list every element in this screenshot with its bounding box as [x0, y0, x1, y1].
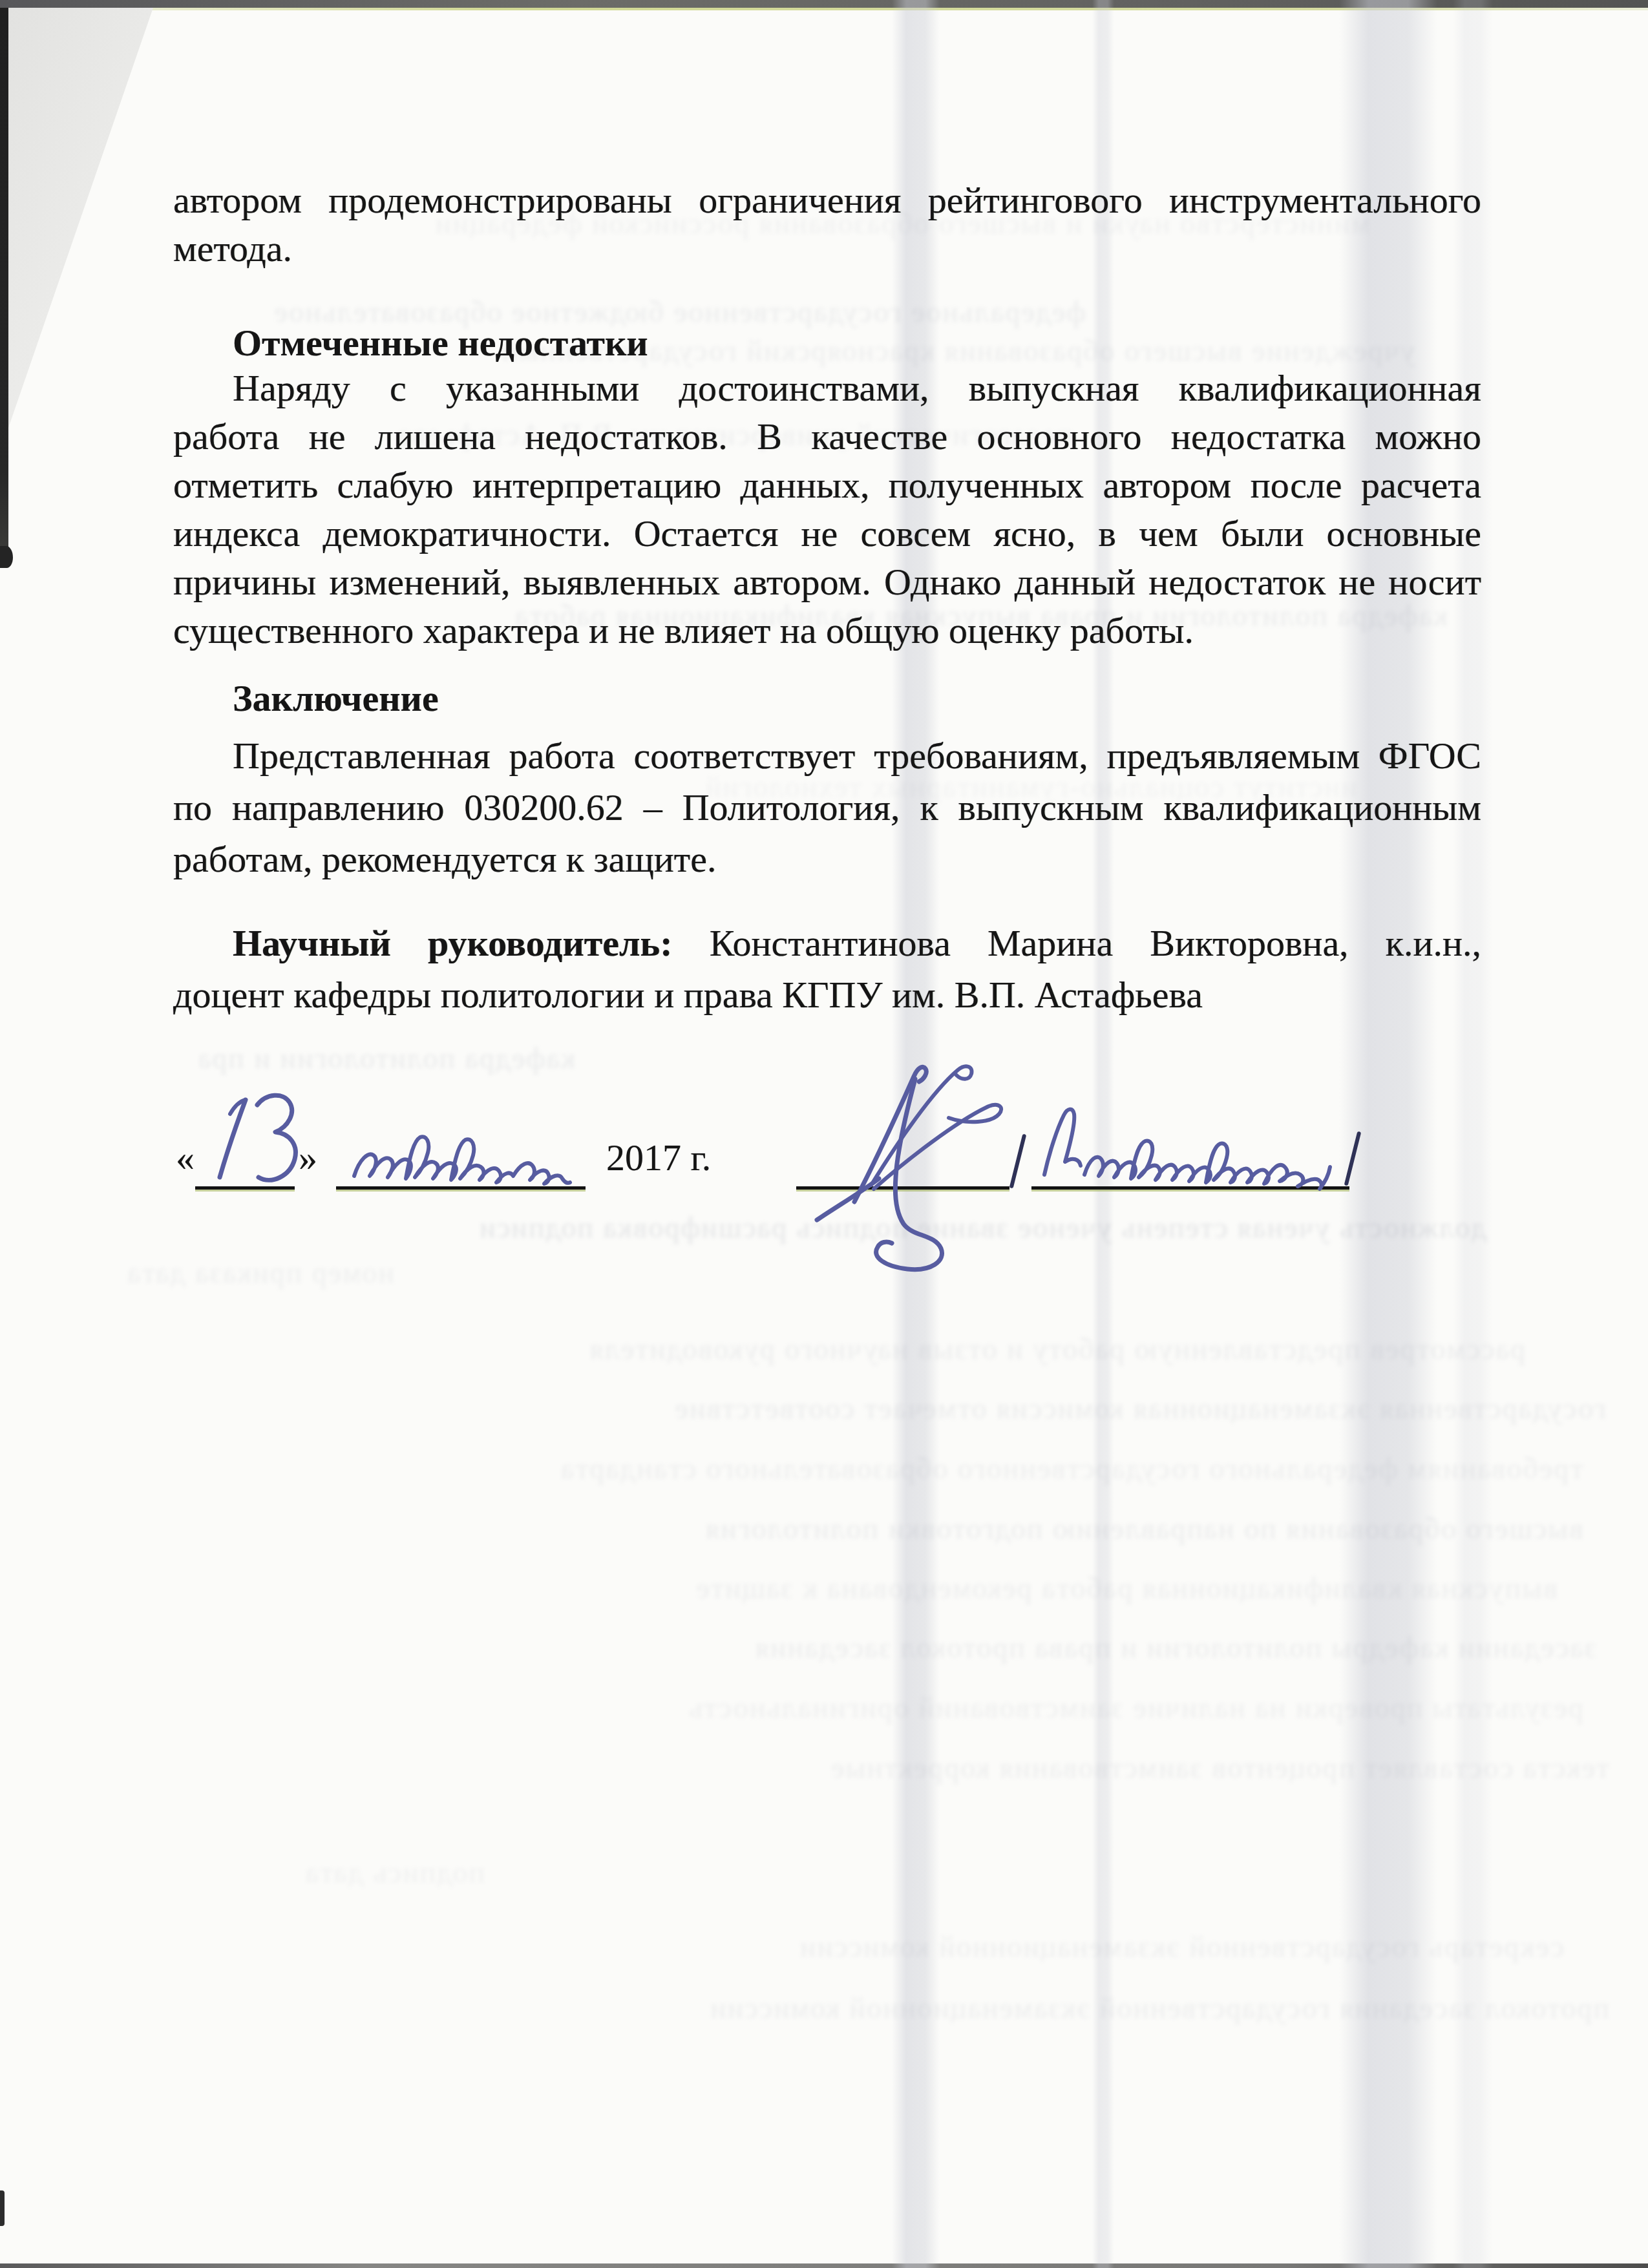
slash-separator — [1344, 1131, 1362, 1186]
scan-left-lower-mark — [0, 2190, 5, 2226]
text-line: работа не лишена недостатков. В качестве… — [173, 412, 1481, 461]
scan-left-edge — [0, 8, 8, 554]
handwritten-month — [354, 1137, 570, 1184]
surname-underline — [1031, 1186, 1349, 1190]
handwritten-day — [220, 1095, 295, 1180]
text-line: работам, рекомендуется к защите. — [173, 834, 1481, 885]
text-line: индекса демократичности. Остается не сов… — [173, 509, 1481, 558]
paragraph-method-limits: автором продемонстрированы ограничения р… — [173, 176, 1481, 273]
paragraph-supervisor: Научный руководитель: Константинова Мари… — [173, 918, 1481, 1021]
handwriting-layer — [0, 1008, 1648, 1305]
text-line: Научный руководитель: Константинова Мари… — [173, 918, 1481, 969]
paragraph-shortcomings: Наряду с указанными достоинствами, выпус… — [173, 364, 1481, 655]
bleed-through-text: высшего образования по направлению подго… — [168, 1511, 1583, 1548]
supervisor-label: Научный руководитель: — [233, 922, 673, 964]
scanned-document-page: министерство науки и высшего образования… — [0, 0, 1648, 2268]
date-close-quote: » — [299, 1132, 317, 1184]
signature-underline — [796, 1186, 1009, 1190]
bleed-through-text: требованиям федерального государственног… — [194, 1451, 1583, 1488]
scan-top-edge — [0, 0, 1648, 8]
bleed-through-text: номер приказа дата — [97, 1255, 394, 1292]
scan-bottom-edge — [0, 2263, 1648, 2268]
heading-conclusion: Заключение — [173, 673, 1481, 724]
text-line: отметить слабую интерпретацию данных, по… — [173, 461, 1481, 509]
bleed-through-text: текста составляет процентов заимствовани… — [168, 1750, 1609, 1787]
date-open-quote: « — [176, 1132, 195, 1184]
scan-top-fringe — [0, 8, 1648, 10]
bleed-through-text: результаты проверки на наличие заимствов… — [194, 1690, 1583, 1727]
bleed-through-text: секретарь государственной экзаменационно… — [129, 1929, 1564, 1966]
month-underline — [336, 1186, 586, 1190]
text-line: Наряду с указанными достоинствами, выпус… — [173, 364, 1481, 412]
text-line: автором продемонстрированы ограничения р… — [173, 176, 1481, 224]
text-line: Представленная работа соответствует треб… — [173, 730, 1481, 782]
handwritten-surname — [1044, 1109, 1330, 1189]
bleed-through-text: государственная экзаменационная комиссия… — [165, 1391, 1606, 1428]
bleed-through-text: заседании кафедры политологии и права пр… — [168, 1630, 1596, 1667]
bleed-through-text: выпускная квалификационная работа рекоме… — [194, 1570, 1558, 1608]
text-line: доцент кафедры политологии и права КГПУ … — [173, 969, 1481, 1021]
text-line: причины изменений, выявленных автором. О… — [173, 558, 1481, 606]
page-corner-fold — [8, 8, 153, 428]
signature-stroke — [817, 1066, 1001, 1269]
bleed-through-text: рассмотрев представленную работу и отзыв… — [194, 1331, 1525, 1369]
day-underline — [195, 1186, 295, 1190]
text-line: существенного характера и не влияет на о… — [173, 606, 1481, 655]
slash-separator — [1009, 1134, 1027, 1189]
date-year-label: 2017 г. — [606, 1132, 711, 1184]
heading-shortcomings: Отмеченные недостатки — [173, 318, 1481, 368]
bleed-through-text: кафедра политологии и права — [200, 1040, 575, 1078]
bleed-through-text: подпись дата — [162, 1854, 485, 1892]
supervisor-name: Константинова Марина Викторовна, к.и.н., — [710, 922, 1481, 964]
paragraph-conclusion: Представленная работа соответствует треб… — [173, 730, 1481, 885]
bleed-through-text: должность ученая степень ученое звание п… — [194, 1210, 1486, 1247]
text-line: метода. — [173, 224, 1481, 273]
text-line: по направлению 030200.62 – Политология, … — [173, 782, 1481, 834]
scan-left-edge-mark — [0, 546, 13, 568]
bleed-through-text: протокол заседания государственной экзам… — [97, 1990, 1609, 2028]
